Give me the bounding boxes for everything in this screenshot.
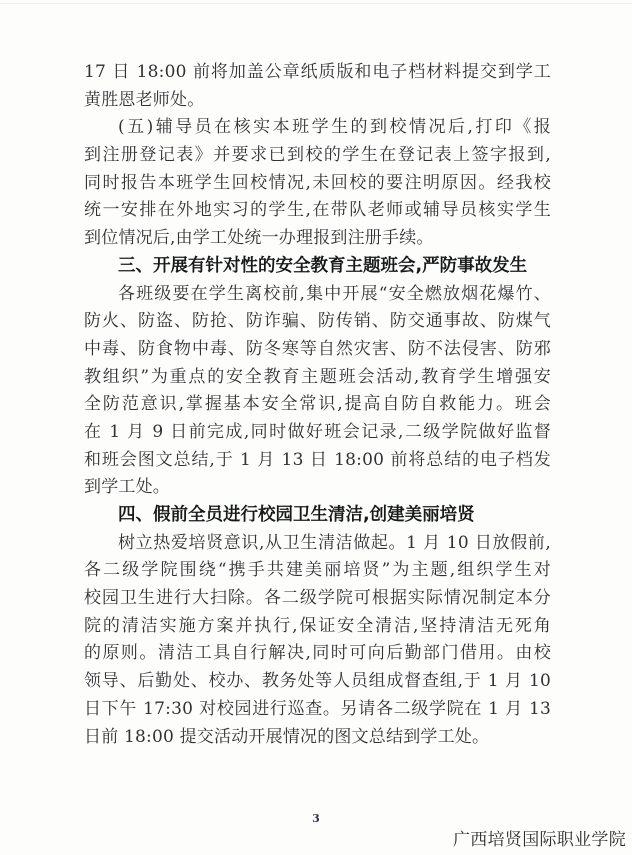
- text-line: 各二级学院围绕“携手共建美丽培贤”为主题,组织学生对: [84, 557, 551, 585]
- text-line: 到位情况后,由学工处统一办理报到注册手续。: [84, 225, 551, 253]
- text-line: 全防范意识,掌握基本安全常识,提高自防自救能力。班会: [84, 391, 551, 419]
- text-line: 在 1 月 9 日前完成,同时做好班会记录,二级学院做好监督: [84, 419, 551, 447]
- document-body: 17 日 18:00 前将加盖公章纸质版和电子档材料提交到学工处黄胜恩老师处。(…: [84, 59, 551, 751]
- text-line: (五)辅导员在核实本班学生的到校情况后,打印《报: [84, 114, 551, 142]
- text-line: 到学工处。: [84, 474, 551, 502]
- text-line: 到注册登记表》并要求已到校的学生在登记表上签字报到,: [84, 142, 551, 170]
- text-line: 的原则。清洁工具自行解决,同时可向后勤部门借用。由校: [84, 640, 551, 668]
- page-number: 3: [0, 812, 632, 825]
- section-heading: 三、开展有针对性的安全教育主题班会,严防事故发生: [84, 253, 551, 281]
- section-heading: 四、假前全员进行校园卫生清洁,创建美丽培贤: [84, 502, 551, 530]
- text-line: 日前 18:00 提交活动开展情况的图文总结到学工处。: [84, 724, 551, 752]
- text-line: 黄胜恩老师处。: [84, 87, 551, 115]
- text-line: 日下午 17:30 对校园进行巡查。另请各二级学院在 1 月 13: [84, 696, 551, 724]
- text-line: 统一安排在外地实习的学生,在带队老师或辅导员核实学生: [84, 197, 551, 225]
- text-line: 领导、后勤处、校办、教务处等人员组成督查组,于 1 月 10: [84, 668, 551, 696]
- page-top-edge: [0, 3, 632, 4]
- text-line: 中毒、防食物中毒、防冬寒等自然灾害、防不法侵害、防邪: [84, 336, 551, 364]
- text-line: 树立热爱培贤意识,从卫生清洁做起。1 月 10 日放假前,: [84, 530, 551, 558]
- text-line: 院的清洁实施方案并执行,保证安全清洁,坚持清洁无死角: [84, 613, 551, 641]
- text-line: 17 日 18:00 前将加盖公章纸质版和电子档材料提交到学工处: [84, 59, 551, 87]
- text-line: 各班级要在学生离校前,集中开展“安全燃放烟花爆竹、: [84, 281, 551, 309]
- text-line: 教组织”为重点的安全教育主题班会活动,教育学生增强安: [84, 364, 551, 392]
- footer-institution-name: 广西培贤国际职业学院: [453, 825, 626, 850]
- text-line: 同时报告本班学生回校情况,未回校的要注明原因。经我校: [84, 170, 551, 198]
- text-line: 和班会图文总结,于 1 月 13 日 18:00 前将总结的电子档发: [84, 447, 551, 475]
- text-line: 校园卫生进行大扫除。各二级学院可根据实际情况制定本分: [84, 585, 551, 613]
- text-line: 防火、防盗、防抢、防诈骗、防传销、防交通事故、防煤气: [84, 308, 551, 336]
